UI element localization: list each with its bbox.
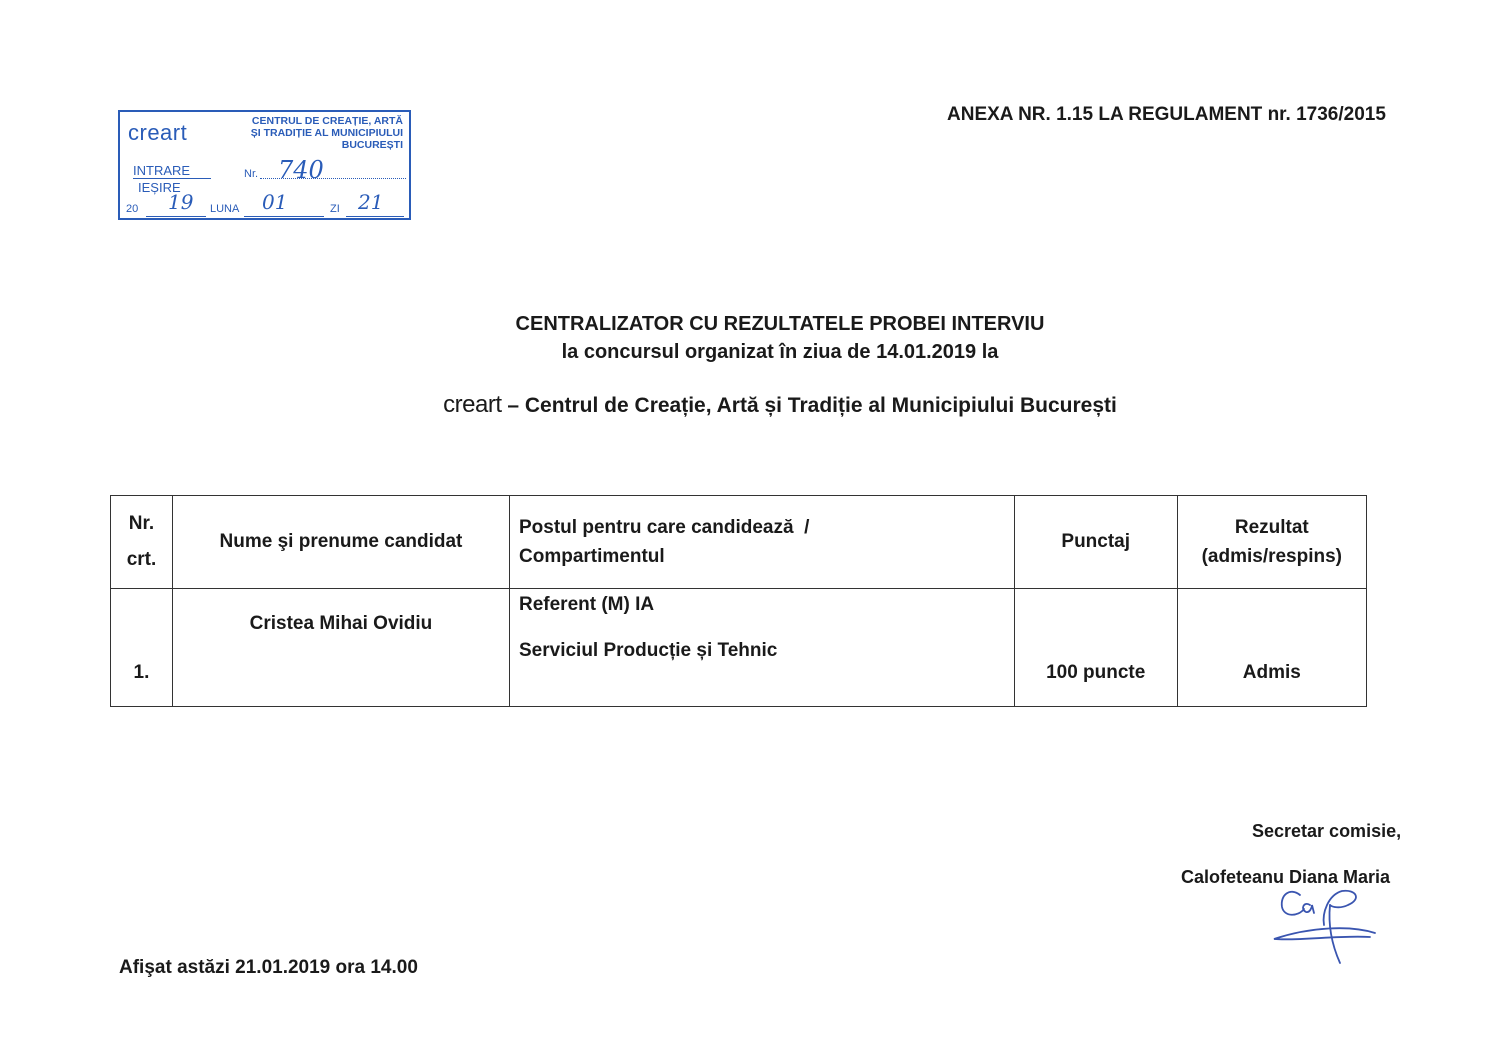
header-name: Nume şi prenume candidat — [172, 496, 509, 589]
institution-name: – Centrul de Creație, Artă și Tradiție a… — [502, 394, 1117, 417]
stamp-zi-label: ZI — [330, 203, 340, 215]
stamp-date-row: 20 19 LUNA 01 ZI 21 — [126, 200, 406, 218]
cell-nr: 1. — [111, 589, 173, 707]
header-post-line2: Compartimentul — [519, 542, 1013, 571]
header-post-line1: Postul pentru care candidează / — [519, 513, 1013, 542]
stamp-nr-label: Nr. — [244, 168, 258, 180]
cell-rezultat: Admis — [1177, 589, 1366, 707]
header-post: Postul pentru care candidează /Compartim… — [510, 496, 1015, 589]
table-row: 1. Cristea Mihai Ovidiu Referent (M) IAS… — [111, 589, 1367, 707]
results-table: Nr.crt. Nume şi prenume candidat Postul … — [110, 495, 1367, 707]
stamp-institution: CENTRUL DE CREAȚIE, ARTĂ ȘI TRADIȚIE AL … — [251, 115, 403, 151]
stamp-year-line — [146, 216, 206, 217]
stamp-nr-value: 740 — [278, 156, 324, 184]
document-title: CENTRALIZATOR CU REZULTATELE PROBEI INTE… — [0, 313, 1497, 336]
posted-date: Afişat astăzi 21.01.2019 ora 14.00 — [119, 957, 418, 979]
creart-brand: creart — [443, 391, 501, 418]
header-rezultat: Rezultat(admis/respins) — [1177, 496, 1366, 589]
header-punctaj: Punctaj — [1014, 496, 1177, 589]
table-header-row: Nr.crt. Nume şi prenume candidat Postul … — [111, 496, 1367, 589]
stamp-logo: creart — [128, 120, 187, 146]
cell-post-title: Referent (M) IA — [519, 593, 1013, 617]
cell-post: Referent (M) IAServiciul Producție și Te… — [510, 589, 1015, 707]
stamp-luna-value: 01 — [262, 190, 287, 214]
header-rezultat-line1: Rezultat — [1179, 513, 1365, 542]
institution-line: creart – Centrul de Creație, Artă și Tra… — [0, 391, 1497, 419]
stamp-zi-value: 21 — [358, 190, 383, 214]
stamp-institution-line: ȘI TRADIȚIE AL MUNICIPIULUI — [251, 127, 403, 139]
stamp-zi-line — [346, 216, 404, 217]
signature-icon — [1270, 885, 1390, 970]
secretary-label: Secretar comisie, — [1252, 821, 1401, 842]
stamp-luna-line — [244, 216, 324, 217]
header-nr-line1: Nr. — [112, 506, 171, 542]
cell-punctaj: 100 puncte — [1014, 589, 1177, 707]
stamp-intrare-label: INTRARE — [133, 163, 211, 179]
stamp-year-value: 19 — [168, 190, 193, 214]
stamp-luna-label: LUNA — [210, 203, 239, 215]
annex-reference: ANEXA NR. 1.15 LA REGULAMENT nr. 1736/20… — [947, 104, 1386, 126]
header-nr: Nr.crt. — [111, 496, 173, 589]
stamp-year-prefix: 20 — [126, 203, 138, 215]
stamp-institution-line: BUCUREȘTI — [251, 139, 403, 151]
cell-compartiment: Serviciul Producție și Tehnic — [519, 639, 1013, 663]
header-nr-line2: crt. — [112, 542, 171, 578]
header-rezultat-line2: (admis/respins) — [1179, 542, 1365, 571]
stamp-institution-line: CENTRUL DE CREAȚIE, ARTĂ — [251, 115, 403, 127]
document-subtitle: la concursul organizat în ziua de 14.01.… — [0, 341, 1497, 364]
registration-stamp: creart CENTRUL DE CREAȚIE, ARTĂ ȘI TRADI… — [118, 110, 411, 220]
cell-name: Cristea Mihai Ovidiu — [172, 589, 509, 707]
